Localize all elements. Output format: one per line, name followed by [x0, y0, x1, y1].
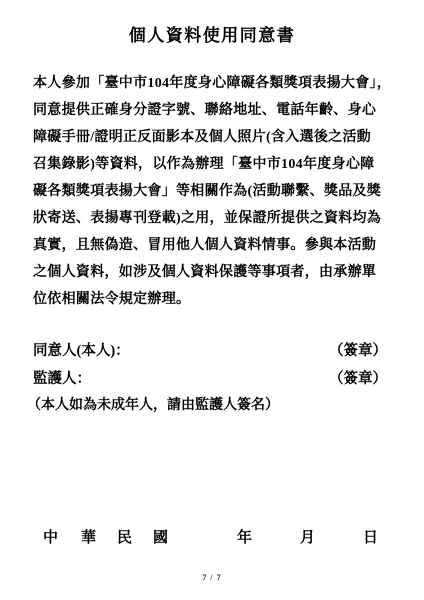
date-char-hua: 華 [81, 528, 96, 548]
paragraph-line-9: 位依相關法令規定辦理。 [33, 286, 395, 313]
guardian-seal-label: （簽章） [329, 369, 387, 389]
paragraph-line-1: 本人參加「臺中市104年度身心障礙各類獎項表揚大會」， [33, 70, 395, 97]
paragraph-line-3: 障礙手冊/證明正反面影本及個人照片(含入選後之活動 [33, 124, 395, 151]
consent-paragraph: 本人參加「臺中市104年度身心障礙各類獎項表揚大會」， 同意提供正確身分證字號、… [33, 70, 395, 313]
document-title: 個人資料使用同意書 [0, 21, 424, 46]
date-char-guo: 國 [153, 528, 168, 548]
paragraph-line-8: 之個人資料，如涉及個人資料保護等事項者，由承辦單 [33, 259, 395, 286]
consenter-seal-label: （簽章） [329, 341, 387, 361]
consent-document-page: 個人資料使用同意書 本人參加「臺中市104年度身心障礙各類獎項表揚大會」， 同意… [0, 0, 424, 600]
paragraph-line-6: 狀寄送、表揚專刊登載)之用，並保證所提供之資料均為 [33, 205, 395, 232]
page-number: 7 / 7 [0, 573, 424, 582]
date-char-min: 民 [117, 528, 132, 548]
paragraph-line-4: 召集錄影)等資料，以作為辦理「臺中市104年度身心障 [33, 151, 395, 178]
date-char-zhong: 中 [43, 528, 58, 548]
date-year-label: 年 [237, 528, 252, 548]
paragraph-line-5: 礙各類獎項表揚大會」等相關作為(活動聯繫、獎品及獎 [33, 178, 395, 205]
consenter-signature-row: 同意人(本人)： （簽章） [33, 341, 387, 361]
roc-date-line: 中 華 民 國 年 月 日 [0, 528, 424, 548]
date-day-label: 日 [363, 528, 378, 548]
paragraph-line-7: 真實，且無偽造、冒用他人個人資料情事。參與本活動 [33, 232, 395, 259]
date-month-label: 月 [300, 528, 315, 548]
guardian-signature-row: 監護人： （簽章） [33, 369, 387, 389]
minor-signature-note: （本人如為未成年人，請由監護人簽名） [27, 395, 279, 417]
consenter-label: 同意人(本人)： [33, 341, 130, 361]
guardian-label: 監護人： [33, 369, 91, 389]
paragraph-line-2: 同意提供正確身分證字號、聯絡地址、電話年齡、身心 [33, 97, 395, 124]
